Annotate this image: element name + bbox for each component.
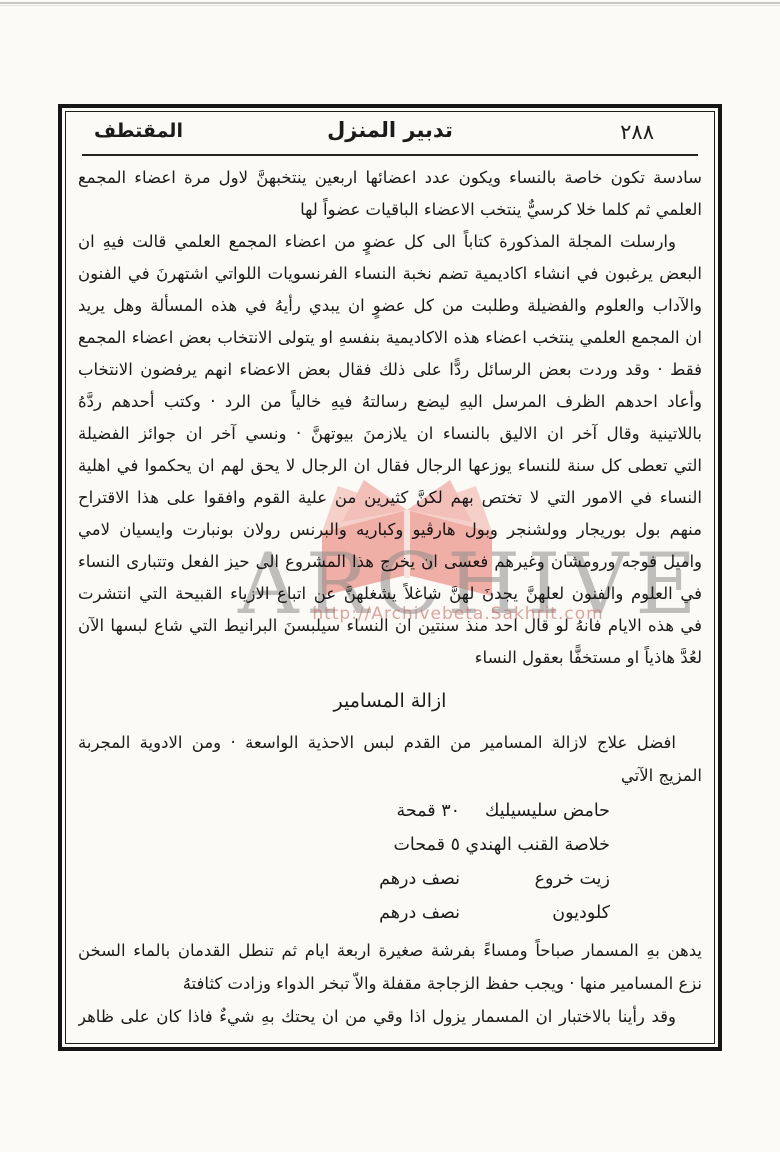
body-line: يدهن بهِ المسمار صباحاً ومساءً بفرشة صغي… — [78, 934, 702, 967]
body-line: النساء في الامور التي لا تختص بهم لكنَّ … — [78, 482, 702, 514]
page-header: ٢٨٨ تدبير المنزل المقتطف — [78, 118, 702, 152]
body-line: في العلوم والفنون لعلهنَّ يجدنَ لهنَّ شا… — [78, 578, 702, 610]
body-line: العلمي ثم كلما خلا كرسيٌّ ينتخب الاعضاء … — [78, 194, 702, 226]
section-directions: يدهن بهِ المسمار صباحاً ومساءً بفرشة صغي… — [78, 934, 702, 1033]
page-frame: ٢٨٨ تدبير المنزل المقتطف سادسة تكون خاصة… — [58, 104, 722, 1051]
ingredient-quantity: نصف درهم — [330, 896, 460, 930]
recipe-row: حامض سليسيليك ٣٠ قمحة — [78, 794, 702, 828]
ingredient-quantity: ٥ قمحات — [330, 828, 460, 862]
body-line: منهم بول بوريجار وولشنجر وبول هارڤيو وكب… — [78, 514, 702, 546]
page-frame-inner: ٢٨٨ تدبير المنزل المقتطف سادسة تكون خاصة… — [65, 111, 715, 1044]
section-heading: ازالة المسامير — [78, 688, 702, 714]
body-line: وأعاد احدهم الظرف المرسل اليهِ ليضع رسال… — [78, 386, 702, 418]
body-line: لعُدَّ هاذياً او مستخفًّا بعقول النساء — [78, 642, 702, 674]
section-intro: افضل علاج لازالة المسامير من القدم لبس ا… — [78, 726, 702, 792]
body-line: والآداب والعلوم والفضيلة وطلبت من كل عضو… — [78, 290, 702, 322]
body-line: واميل فوجه ورومشان وغيرهم فعسى ان يخرج ه… — [78, 546, 702, 578]
ingredient-name: خلاصة القنب الهندي — [465, 835, 610, 855]
body-line: في هذه الايام فانهُ لو قال احد منذ سنتين… — [78, 610, 702, 642]
article-body: سادسة تكون خاصة بالنساء ويكون عدد اعضائه… — [78, 162, 702, 674]
recipe-row: خلاصة القنب الهندي ٥ قمحات — [78, 828, 702, 862]
body-line: المزيج الآتي — [78, 759, 702, 792]
ingredient-quantity: ٣٠ قمحة — [330, 794, 460, 828]
body-line: وارسلت المجلة المذكورة كتاباً الى كل عضو… — [78, 226, 702, 258]
recipe-row: زيت خروع نصف درهم — [78, 862, 702, 896]
scan-edge-line — [0, 2, 780, 4]
ingredient-name: حامض سليسيليك — [485, 801, 610, 821]
body-line: باللاتينية وقال آخر ان الاليق بالنساء ان… — [78, 418, 702, 450]
recipe-list: حامض سليسيليك ٣٠ قمحة خلاصة القنب الهندي… — [78, 794, 702, 930]
body-line: فقط · وقد وردت بعض الرسائل ردًّا على ذلك… — [78, 354, 702, 386]
body-line: التي تعطى كل سنة للنساء يوزعها الرجال فق… — [78, 450, 702, 482]
body-line: سادسة تكون خاصة بالنساء ويكون عدد اعضائه… — [78, 162, 702, 194]
ingredient-quantity: نصف درهم — [330, 862, 460, 896]
body-line: افضل علاج لازالة المسامير من القدم لبس ا… — [78, 726, 702, 759]
journal-name: المقتطف — [94, 120, 183, 142]
scan-edge-line-2 — [0, 5, 780, 6]
body-line: وقد رأينا بالاختبار ان المسمار يزول اذا … — [78, 1000, 702, 1033]
ingredient-name: زيت خروع — [535, 869, 610, 889]
header-rule — [82, 154, 698, 156]
body-line: نزع المسامير منها · ويجب حفظ الزجاجة مقف… — [78, 967, 702, 1000]
recipe-row: كلوديون نصف درهم — [78, 896, 702, 930]
ingredient-name: كلوديون — [552, 903, 610, 923]
body-line: البعض يرغبون في انشاء اكاديمية تضم نخبة … — [78, 258, 702, 290]
body-line: ان المجمع العلمي ينتخب اعضاء هذه الاكادي… — [78, 322, 702, 354]
